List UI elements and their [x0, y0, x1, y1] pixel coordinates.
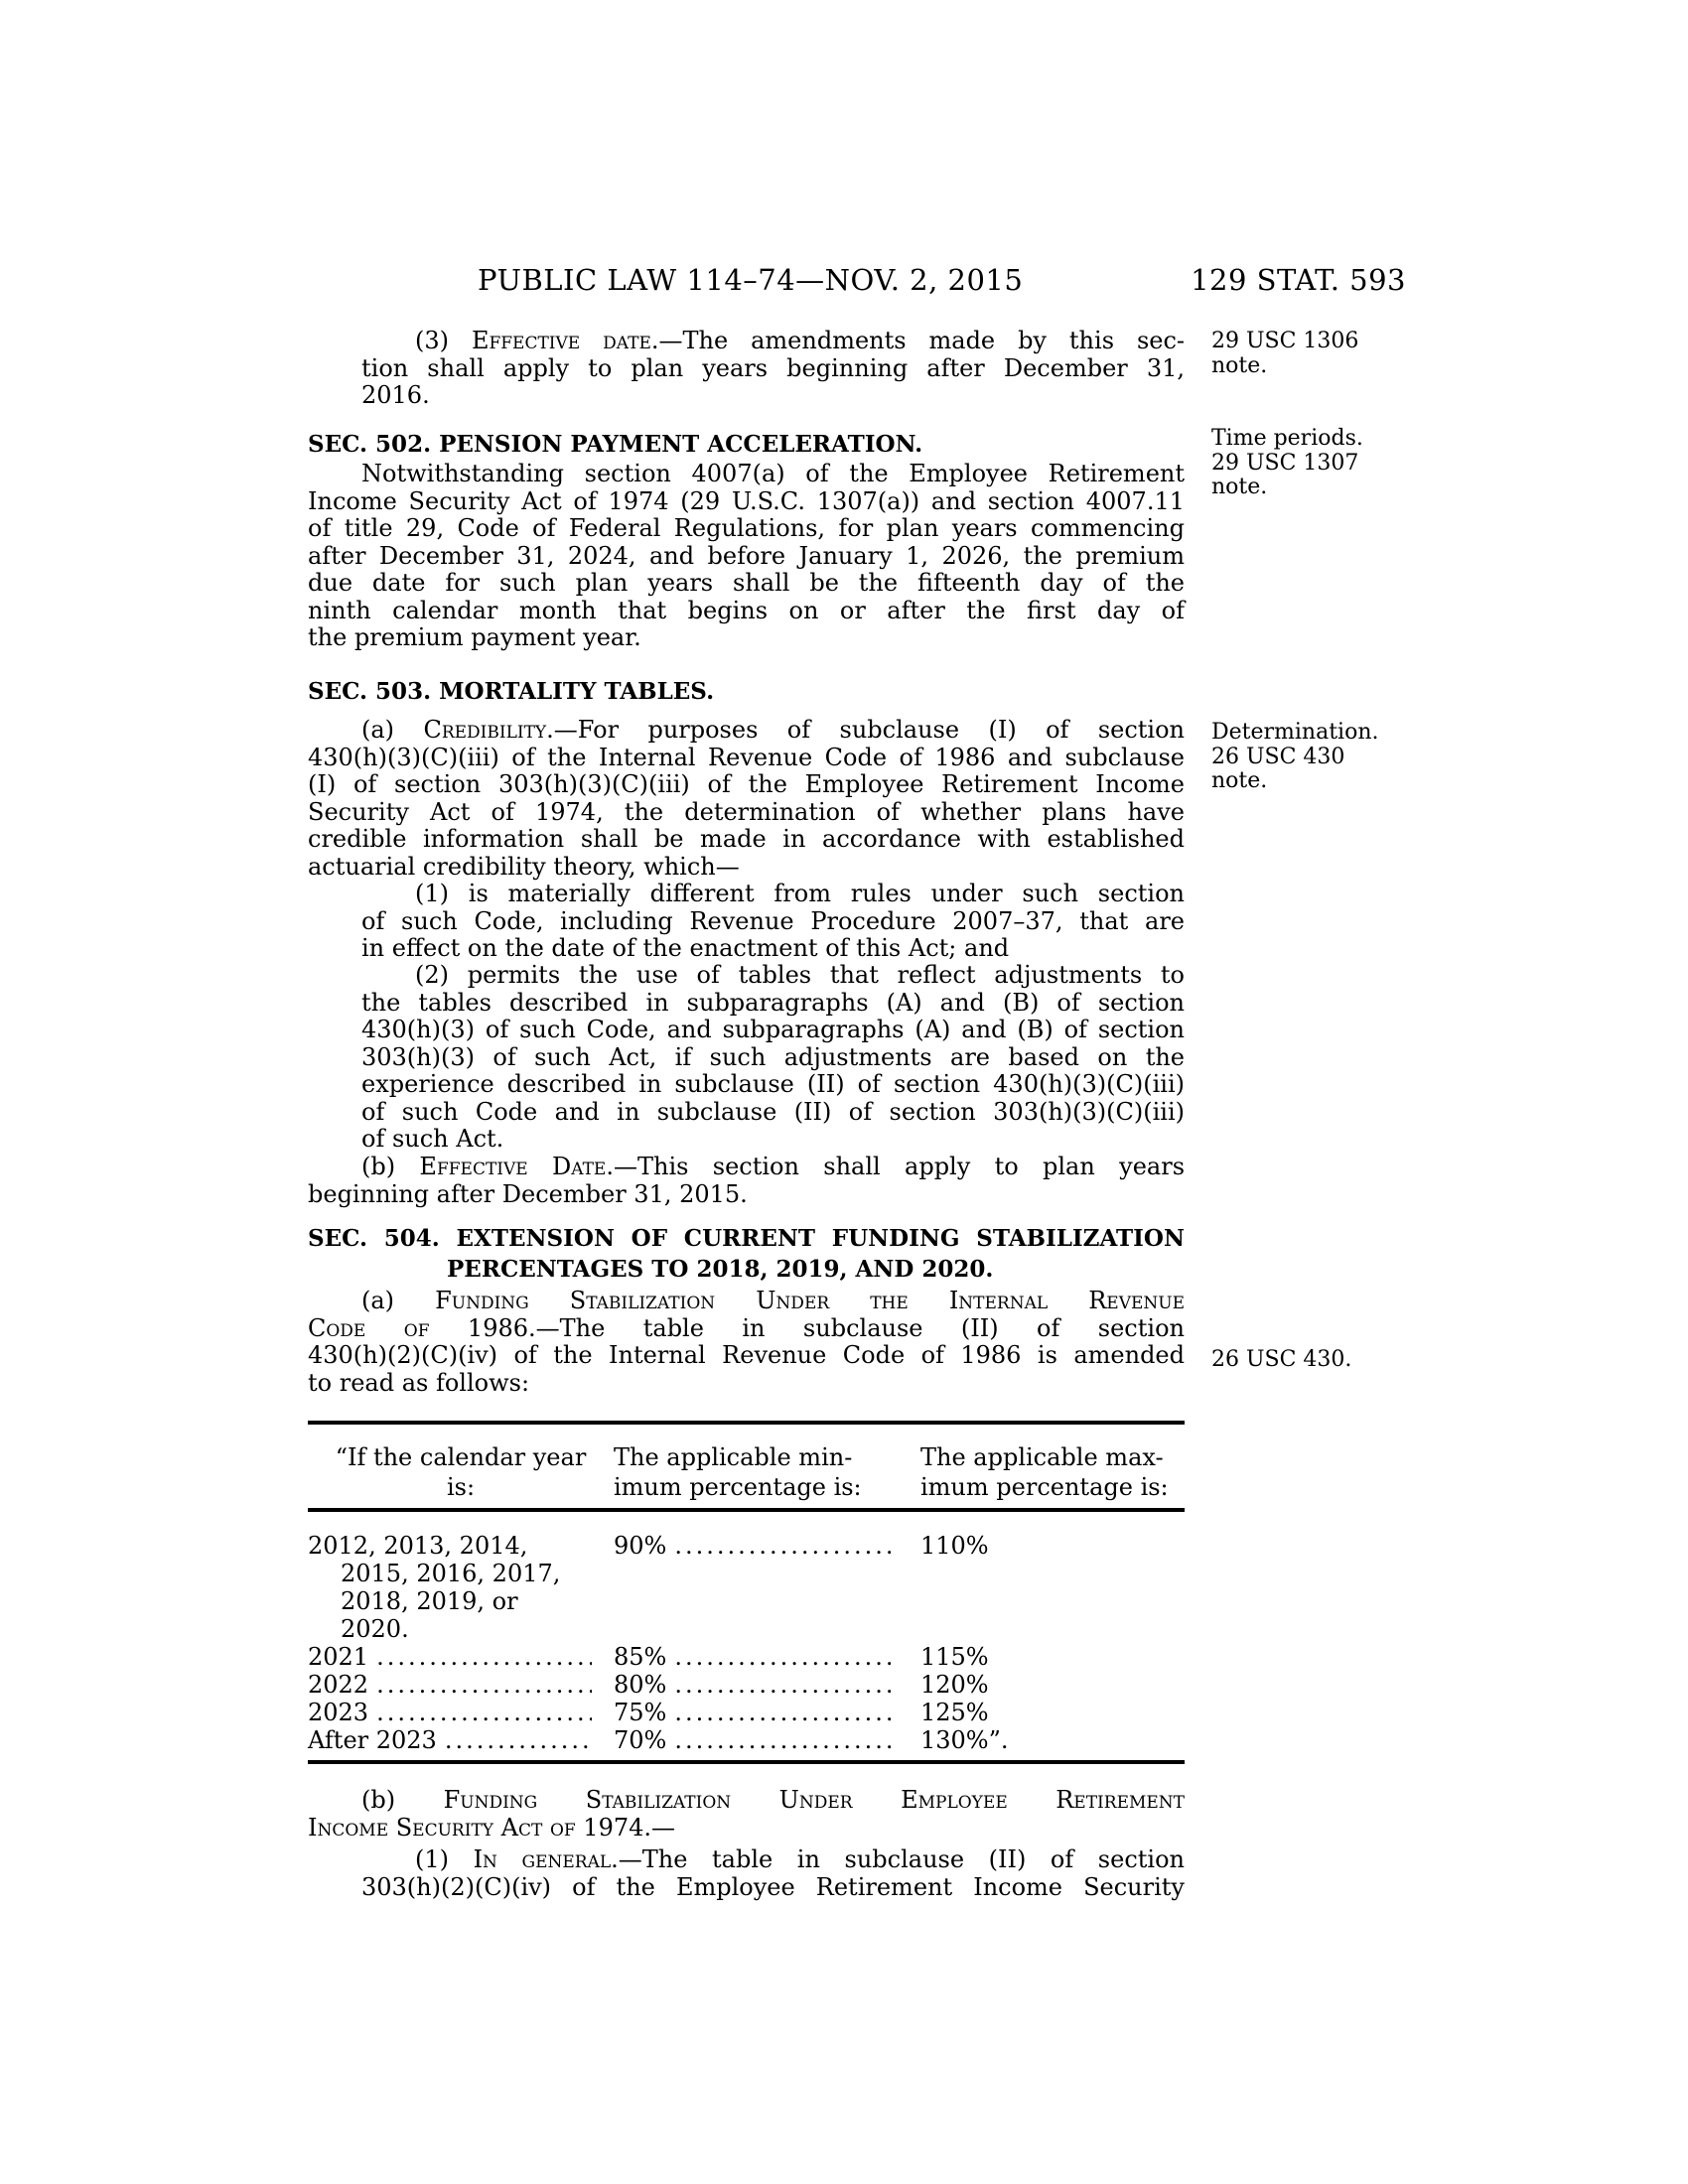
small-caps-run: In general — [474, 1845, 612, 1873]
table-col-header: The applicable min-imum percentage is: — [614, 1442, 920, 1502]
years-label: 2021 — [308, 1643, 368, 1671]
cell-min-percentage: 90% — [614, 1532, 920, 1560]
document-page: PUBLIC LAW 114–74—NOV. 2, 2015 129 STAT.… — [0, 0, 1688, 2184]
paragraph: (a) Funding Stabilization Under the Inte… — [308, 1288, 1185, 1397]
cell-years: 2023 — [308, 1699, 614, 1726]
para-line: 430(h)(3)(C)(iii) of the Internal Revenu… — [308, 745, 1185, 772]
dot-leader — [368, 1671, 592, 1699]
years-label: 2023 — [308, 1699, 368, 1726]
header-line: The applicable max- — [920, 1442, 1185, 1472]
cell-max-percentage: 115% — [920, 1643, 1185, 1671]
cell-min-percentage: 80% — [614, 1671, 920, 1699]
table-row: After 202370%130%”. — [308, 1726, 1185, 1754]
small-caps-run: Credibility — [423, 716, 546, 744]
small-caps-run: Effective Date — [419, 1153, 606, 1180]
table-row: 202375%125% — [308, 1699, 1185, 1726]
paragraph: Notwithstanding section 4007(a) of the E… — [308, 461, 1185, 652]
para-line: of title 29, Code of Federal Regulations… — [308, 515, 1185, 543]
margin-note: Determination.26 USC 430 note. — [1211, 721, 1395, 794]
amendment-table: “If the calendar yearis:The applicable m… — [308, 1421, 1185, 1764]
cell-max-percentage: 110% — [920, 1532, 1185, 1560]
para-line: (a) Credibility.—For purposes of subclau… — [308, 717, 1185, 745]
para-line: Income Security Act of 1974 (29 U.S.C. 1… — [308, 488, 1185, 516]
cell-max-percentage: 120% — [920, 1671, 1185, 1699]
table-col-header: “If the calendar yearis: — [308, 1442, 614, 1502]
dot-leader — [666, 1699, 891, 1726]
para-line: 303(h)(2)(C)(iv) of the Employee Retirem… — [361, 1874, 1185, 1902]
heading-line: PERCENTAGES TO 2018, 2019, AND 2020. — [308, 1254, 1185, 1285]
table-header-row: “If the calendar yearis:The applicable m… — [308, 1425, 1185, 1508]
margin-note: Time periods.29 USC 1307note. — [1211, 427, 1395, 500]
header-line: imum percentage is: — [920, 1472, 1185, 1502]
cell-max-percentage: 125% — [920, 1699, 1185, 1726]
years-label: After 2023 — [308, 1726, 437, 1754]
cell-years: 2021 — [308, 1643, 614, 1671]
para-line: Code of 1986.—The table in subclause (II… — [308, 1315, 1185, 1343]
min-label: 85% — [614, 1643, 666, 1671]
margin-note-line: Time periods. — [1211, 427, 1395, 452]
para-line: the tables described in subparagraphs (A… — [361, 990, 1185, 1018]
para-line: (1) In general.—The table in subclause (… — [361, 1846, 1185, 1874]
paragraph: (b) Funding Stabilization Under Employee… — [308, 1787, 1185, 1842]
header-line: The applicable min- — [614, 1442, 920, 1472]
min-label: 70% — [614, 1726, 666, 1754]
para-line: actuarial credibility theory, which— — [308, 854, 1185, 882]
heading-line: SEC. 502. PENSION PAYMENT ACCELERATION. — [308, 429, 1185, 460]
table-row: 2012, 2013, 2014,2015, 2016, 2017,2018, … — [308, 1532, 1185, 1643]
paragraph: (2) permits the use of tables that refle… — [361, 962, 1185, 1154]
years-line: 2020. — [308, 1615, 614, 1643]
para-line: (a) Funding Stabilization Under the Inte… — [308, 1288, 1185, 1315]
para-line: to read as follows: — [308, 1370, 1185, 1398]
table-row: 202185%115% — [308, 1643, 1185, 1671]
dot-leader — [368, 1699, 592, 1726]
table-rule-bottom — [308, 1760, 1185, 1764]
table-col-header: The applicable max-imum percentage is: — [920, 1442, 1185, 1502]
min-label: 90% — [614, 1532, 666, 1560]
margin-note-line: note. — [1211, 354, 1395, 379]
small-caps-run: Code of 1986 — [308, 1314, 528, 1342]
para-line: (b) Effective Date.—This section shall a… — [308, 1154, 1185, 1181]
para-line: (3) Effective date.—The amendments made … — [361, 328, 1185, 355]
para-line: of such Code and in subclause (II) of se… — [361, 1099, 1185, 1127]
header-line: imum percentage is: — [614, 1472, 920, 1502]
table-body: 2012, 2013, 2014,2015, 2016, 2017,2018, … — [308, 1512, 1185, 1760]
para-line: experience described in subclause (II) o… — [361, 1071, 1185, 1099]
para-line: due date for such plan years shall be th… — [308, 570, 1185, 598]
dot-leader — [666, 1671, 891, 1699]
paragraph: (3) Effective date.—The amendments made … — [361, 328, 1185, 410]
para-line: after December 31, 2024, and before Janu… — [308, 543, 1185, 571]
cell-max-percentage: 130%”. — [920, 1726, 1185, 1754]
section-heading: SEC. 503. MORTALITY TABLES. — [308, 676, 1185, 707]
para-line: credible information shall be made in ac… — [308, 826, 1185, 854]
para-line: of such Act. — [361, 1126, 1185, 1154]
dot-leader — [666, 1726, 891, 1754]
para-line: (1) is materially different from rules u… — [361, 881, 1185, 908]
margin-note-line: note. — [1211, 476, 1395, 500]
cell-years: 2022 — [308, 1671, 614, 1699]
cell-years: 2012, 2013, 2014,2015, 2016, 2017,2018, … — [308, 1532, 614, 1643]
para-line: 2016. — [361, 382, 1185, 410]
margin-note-line: Determination. — [1211, 721, 1395, 746]
min-label: 75% — [614, 1699, 666, 1726]
small-caps-run: Funding Stabilization Under the Internal… — [435, 1287, 1185, 1314]
table-row: 202280%120% — [308, 1671, 1185, 1699]
paragraph: (a) Credibility.—For purposes of subclau… — [308, 717, 1185, 881]
margin-note: 26 USC 430. — [1211, 1348, 1395, 1373]
small-caps-run: Effective date — [472, 327, 651, 354]
section-heading: SEC. 502. PENSION PAYMENT ACCELERATION. — [308, 429, 1185, 460]
dot-leader — [368, 1643, 592, 1671]
header-line: is: — [308, 1472, 614, 1502]
para-line: (I) of section 303(h)(3)(C)(iii) of the … — [308, 771, 1185, 799]
para-line: 303(h)(3) of such Act, if such adjustmen… — [361, 1044, 1185, 1072]
cell-min-percentage: 70% — [614, 1726, 920, 1754]
para-line: of such Code, including Revenue Procedur… — [361, 908, 1185, 936]
cell-years: After 2023 — [308, 1726, 614, 1754]
para-line: in effect on the date of the enactment o… — [361, 935, 1185, 963]
para-line: beginning after December 31, 2015. — [308, 1181, 1185, 1209]
para-line: Security Act of 1974, the determination … — [308, 799, 1185, 827]
dot-leader — [666, 1532, 891, 1560]
dot-leader — [437, 1726, 592, 1754]
paragraph: (b) Effective Date.—This section shall a… — [308, 1154, 1185, 1208]
paragraph: (1) In general.—The table in subclause (… — [361, 1846, 1185, 1901]
para-line: 430(h)(3) of such Code, and subparagraph… — [361, 1017, 1185, 1044]
years-line: 2018, 2019, or — [308, 1587, 614, 1615]
statute-text: (3) Effective date.—The amendments made … — [308, 0, 1185, 2184]
paragraph: (1) is materially different from rules u… — [361, 881, 1185, 963]
years-label: 2022 — [308, 1671, 368, 1699]
running-head-stat: 129 STAT. 593 — [1182, 263, 1406, 297]
heading-line: SEC. 504. EXTENSION OF CURRENT FUNDING S… — [308, 1223, 1185, 1254]
para-line: (b) Funding Stabilization Under Employee… — [308, 1787, 1185, 1815]
years-line: 2015, 2016, 2017, — [308, 1560, 614, 1587]
heading-line: SEC. 503. MORTALITY TABLES. — [308, 676, 1185, 707]
para-line: (2) permits the use of tables that refle… — [361, 962, 1185, 990]
dot-leader — [666, 1643, 891, 1671]
para-line: Notwithstanding section 4007(a) of the E… — [308, 461, 1185, 488]
small-caps-run: Funding Stabilization Under Employee Ret… — [444, 1786, 1185, 1814]
section-heading: SEC. 504. EXTENSION OF CURRENT FUNDING S… — [308, 1223, 1185, 1285]
cell-min-percentage: 75% — [614, 1699, 920, 1726]
margin-note-line: 29 USC 1306 — [1211, 330, 1395, 354]
margin-note-line: 26 USC 430. — [1211, 1348, 1395, 1373]
para-line: ninth calendar month that begins on or a… — [308, 598, 1185, 625]
small-caps-run: Income Security Act of 1974 — [308, 1814, 643, 1842]
header-line: “If the calendar year — [308, 1442, 614, 1472]
margin-note-line: 26 USC 430 note. — [1211, 746, 1395, 794]
years-line: 2012, 2013, 2014, — [308, 1532, 614, 1560]
margin-note-line: 29 USC 1307 — [1211, 452, 1395, 477]
para-line: tion shall apply to plan years beginning… — [361, 355, 1185, 383]
para-line: Income Security Act of 1974.— — [308, 1815, 1185, 1843]
margin-note: 29 USC 1306note. — [1211, 330, 1395, 378]
para-line: the premium payment year. — [308, 624, 1185, 652]
para-line: 430(h)(2)(C)(iv) of the Internal Revenue… — [308, 1342, 1185, 1370]
min-label: 80% — [614, 1671, 666, 1699]
cell-min-percentage: 85% — [614, 1643, 920, 1671]
